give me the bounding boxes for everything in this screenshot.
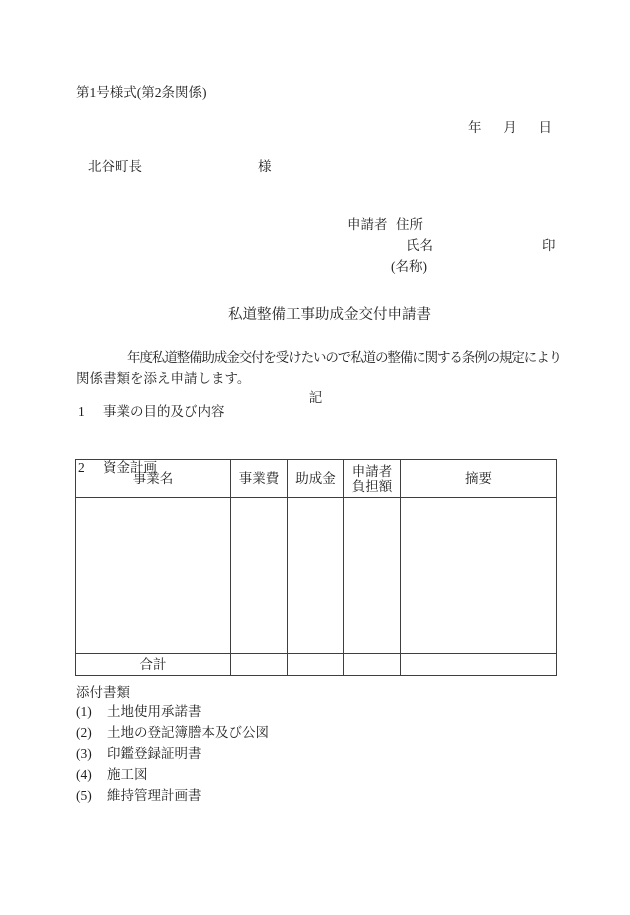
applicant-share-header-line1: 申請者 [344, 464, 400, 479]
body-text-line2: 関係書類を添え申請します。 [76, 370, 250, 387]
cell-applicant-share [344, 498, 401, 654]
col-header-applicant-share: 申請者 負担額 [344, 460, 401, 498]
cell-subsidy [288, 498, 344, 654]
form-number: 第1号様式(第2条関係) [76, 84, 207, 101]
attachment-item-5: (5) 維持管理計画書 [0, 787, 630, 804]
col-header-subsidy: 助成金 [288, 460, 344, 498]
total-subsidy-cell [288, 654, 344, 676]
applicant-label: 申請者 [347, 216, 388, 233]
funding-plan-table: 事業名 事業費 助成金 申請者 負担額 摘要 合計 [75, 459, 557, 676]
application-form-page: 第1号様式(第2条関係) 年 月 日 北谷町長 様 申請者 住所 氏名 印 (名… [0, 0, 630, 915]
attachment-item-1-number: (1) [76, 703, 92, 720]
table-total-row: 合計 [76, 654, 557, 676]
attachment-item-3: (3) 印鑑登録証明書 [0, 745, 630, 762]
attachment-item-3-label: 印鑑登録証明書 [107, 745, 202, 762]
addressee-honorific: 様 [258, 158, 272, 175]
date-year-label: 年 [468, 119, 482, 136]
date-month-label: 月 [503, 119, 517, 136]
attachment-item-1: (1) 土地使用承諾書 [0, 703, 630, 720]
section-1-number: 1 [78, 403, 85, 420]
attachment-item-4-label: 施工図 [107, 766, 148, 783]
attachment-item-4: (4) 施工図 [0, 766, 630, 783]
attachment-item-4-number: (4) [76, 766, 92, 783]
attachment-item-1-label: 土地使用承諾書 [107, 703, 202, 720]
attachment-item-3-number: (3) [76, 745, 92, 762]
table-header-row: 事業名 事業費 助成金 申請者 負担額 摘要 [76, 460, 557, 498]
body-text-line1: 年度私道整備助成金交付を受けたいので私道の整備に関する条例の規定により [127, 349, 561, 366]
attachment-item-2: (2) 土地の登記簿謄本及び公図 [0, 724, 630, 741]
col-header-project-name: 事業名 [76, 460, 231, 498]
cell-project-cost [231, 498, 288, 654]
attachment-item-5-label: 維持管理計画書 [107, 787, 202, 804]
date-line: 年 月 日 [468, 119, 552, 136]
attachment-item-2-label: 土地の登記簿謄本及び公図 [107, 724, 269, 741]
applicant-org-name-label: (名称) [391, 258, 427, 275]
applicant-share-header-line2: 負担額 [344, 479, 400, 494]
addressee-name: 北谷町長 [88, 158, 142, 175]
total-project-cost-cell [231, 654, 288, 676]
col-header-remarks: 摘要 [401, 460, 557, 498]
table-row [76, 498, 557, 654]
cell-remarks [401, 498, 557, 654]
total-applicant-share-cell [344, 654, 401, 676]
total-label-cell: 合計 [76, 654, 231, 676]
attachments-title: 添付書類 [76, 684, 130, 701]
applicant-name-label: 氏名 [406, 237, 433, 254]
document-title: 私道整備工事助成金交付申請書 [228, 306, 431, 324]
section-1: 1 事業の目的及び内容 [0, 403, 630, 420]
attachment-item-5-number: (5) [76, 787, 92, 804]
col-header-project-cost: 事業費 [231, 460, 288, 498]
applicant-address-label: 住所 [396, 216, 423, 233]
cell-project-name [76, 498, 231, 654]
section-1-label: 事業の目的及び内容 [103, 403, 225, 420]
date-day-label: 日 [539, 119, 553, 136]
total-remarks-cell [401, 654, 557, 676]
seal-placeholder: 印 [542, 237, 556, 254]
attachment-item-2-number: (2) [76, 724, 92, 741]
